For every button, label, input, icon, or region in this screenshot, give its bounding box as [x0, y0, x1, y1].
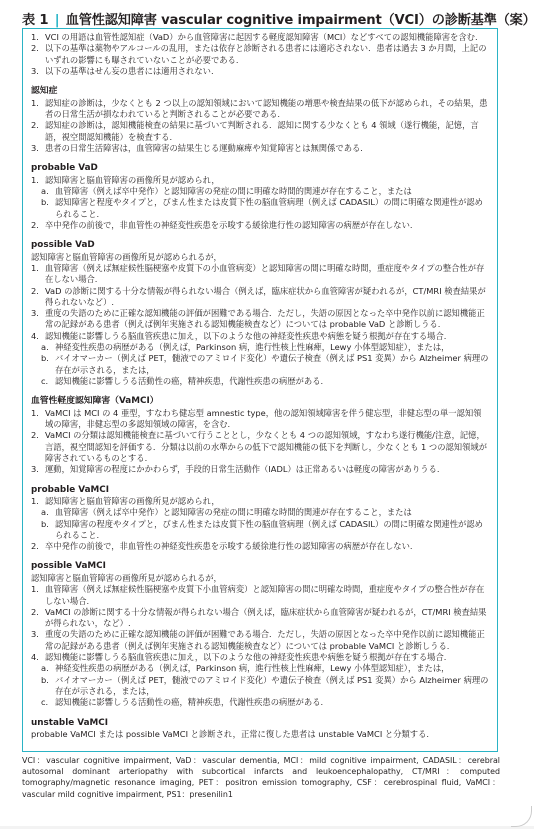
section-heading: possible VaD [31, 240, 489, 252]
list-item: 1.認知障害と脳血管障害の画像所見が認められ， [31, 496, 489, 507]
list-item: 2.VaMCI の診断に関する十分な情報が得られない場合（例えば，臨床症状から血… [31, 607, 489, 630]
section-probable-vad: probable VaD 1.認知障害と脳血管障害の画像所見が認められ， a.血… [31, 163, 489, 231]
list-item: 1.VaMCI は MCI の 4 亜型，すなわち健忘型 amnestic ty… [31, 408, 489, 431]
list-item: 1.血管障害（例えば無症候性脳梗塞や皮質下小血管病変）と認知障害の間に明確な時間… [31, 584, 489, 607]
section-heading: probable VaMCI [31, 485, 489, 497]
sub-item: a.神経変性疾患の病歴がある（例えば，Parkinson 病，進行性核上性麻痺，… [31, 342, 489, 353]
section-heading: possible VaMCI [31, 561, 489, 573]
section-general: 1.VCI の用語は血管性認知症（VaD）から血管障害に起因する軽度認知障害（M… [31, 32, 489, 77]
list-item: 2.VaMCI の分類は認知機能検査に基づいて行うこととし，少なくとも 4 つの… [31, 430, 489, 464]
list-item: 2.卒中発作の前後で，非血管性の神経変性疾患を示唆する緩徐進行性の認知障害の病歴… [31, 541, 489, 552]
document-page: 表 1 | 血管性認知障害 vascular cognitive impairm… [0, 0, 534, 829]
sub-item: b.認知障害と程度やタイプと，びまん性または皮質下性の脳血管病理（例えば CAD… [31, 197, 489, 220]
sub-item: b.バイオマーカー（例えば PET，髄液でのアミロイド変化）や遺伝子検査（例えば… [31, 353, 489, 376]
table-title: 表 1 | 血管性認知障害 vascular cognitive impairm… [22, 9, 534, 28]
sub-item: a.血管障害（例えば卒中発作）と認知障害の発症の間に明確な時間的関連が存在するこ… [31, 186, 489, 197]
table-label: 表 1 [22, 13, 48, 28]
list-item: 3.患者の日常生活障害は，血管障害の結果生じる運動麻痺や知覚障害とは無関係である… [31, 143, 489, 154]
section-dementia: 認知症 1.認知症の診断は，少なくとも 2 つ以上の認知領域において認知機能の増… [31, 86, 489, 154]
list-item: 2.卒中発作の前後で，非血管性の神経変性疾患を示唆する緩徐進行性の認知障害の病歴… [31, 220, 489, 231]
section-heading: unstable VaMCI [31, 718, 489, 730]
abbreviation-footnote: VCI：vascular cognitive impairment, VaD：v… [22, 755, 500, 800]
sub-item: a.血管障害（例えば卒中発作）と認知障害の発症の間に明確な時間的関連が存在するこ… [31, 507, 489, 518]
section-text: probable VaMCI または possible VaMCI と診断され，… [31, 729, 489, 740]
section-heading: 血管性軽度認知障害（VaMCI） [31, 396, 489, 408]
section-possible-vad: possible VaD 認知障害と脳血管障害の画像所見が認められるが， 1.血… [31, 240, 489, 387]
list-item: 1.認知症の診断は，少なくとも 2 つ以上の認知領域において認知機能の増悪や検査… [31, 98, 489, 121]
sub-item: a.神経変性疾患の病歴がある（例えば，Parkinson 病，進行性核上性麻痺，… [31, 663, 489, 674]
list-item: 2.以下の基準は薬物やアルコールの乱用，または依存と診断される患者には適応されな… [31, 43, 489, 66]
list-item: 4.認知機能に影響しうる脳血管疾患に加え，以下のような他の神経変性疾患や病態を疑… [31, 652, 489, 663]
list-item: 1.血管障害（例えば無症候性脳梗塞や皮質下の小血管病変）と認知障害の間に明確な時… [31, 263, 489, 286]
list-item: 2.認知症の診断は，認知機能検査の結果に基づいて判断される．認知に関する少なくと… [31, 120, 489, 143]
list-item: 4.認知機能に影響しうる脳血管疾患に加え，以下のような他の神経変性疾患や病態を疑… [31, 331, 489, 342]
sub-item: b.バイオマーカー（例えば PET，髄液でのアミロイド変化）や遺伝子検査（例えば… [31, 675, 489, 698]
section-intro: 認知障害と脳血管障害の画像所見が認められるが， [31, 252, 489, 263]
list-item: 3.以下の基準はせん妄の患者には適用されない. [31, 66, 489, 77]
section-heading: 認知症 [31, 86, 489, 98]
list-item: 3.重度の失語のために正確な認知機能の評価が困難である場合．ただし，失語の原因と… [31, 629, 489, 652]
sub-item: c.認知機能に影響しうる活動性の癌，精神疾患，代謝性疾患の病歴がある. [31, 697, 489, 708]
list-item: 3.重度の失語のために正確な認知機能の評価が困難である場合．ただし，失語の原因と… [31, 308, 489, 331]
list-item: 1.VCI の用語は血管性認知症（VaD）から血管障害に起因する軽度認知障害（M… [31, 32, 489, 43]
list-item: 1.認知障害と脳血管障害の画像所見が認められ， [31, 175, 489, 186]
list-item: 2.VaD の診断に関する十分な情報が得られない場合（例えば，臨床症状から血管障… [31, 286, 489, 309]
criteria-table-box: 1.VCI の用語は血管性認知症（VaD）から血管障害に起因する軽度認知障害（M… [22, 28, 498, 752]
section-vamci: 血管性軽度認知障害（VaMCI） 1.VaMCI は MCI の 4 亜型，すな… [31, 396, 489, 475]
page-corner-curl [511, 806, 532, 827]
title-separator: | [55, 13, 60, 28]
sub-item: c.認知機能に影響しうる活動性の癌，精神疾患，代謝性疾患の病歴がある. [31, 376, 489, 387]
sub-item: b.認知障害の程度やタイプと，びまん性または皮質下性の脳血管病理（例えば CAD… [31, 519, 489, 542]
section-intro: 認知障害と脳血管障害の画像所見が認められるが， [31, 573, 489, 584]
section-probable-vamci: probable VaMCI 1.認知障害と脳血管障害の画像所見が認められ， a… [31, 485, 489, 553]
table-title-text: 血管性認知障害 vascular cognitive impairment（VC… [66, 13, 534, 28]
section-unstable-vamci: unstable VaMCI probable VaMCI または possib… [31, 718, 489, 741]
section-possible-vamci: possible VaMCI 認知障害と脳血管障害の画像所見が認められるが， 1… [31, 561, 489, 708]
list-item: 3.運動，知覚障害の程度にかかわらず，手段的日常生活動作（IADL）は正常あるい… [31, 464, 489, 475]
section-heading: probable VaD [31, 163, 489, 175]
